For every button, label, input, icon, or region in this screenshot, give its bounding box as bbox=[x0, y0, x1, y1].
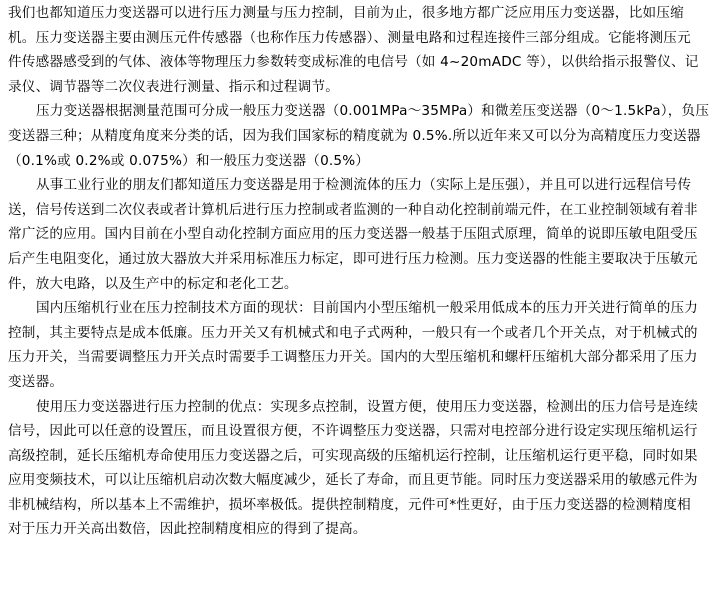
text-line: 压力变送器根据测量范围可分成一般压力变送器（0.001MPa～35MPa）和微差… bbox=[8, 99, 708, 124]
article-body: 我们也都知道压力变送器可以进行压力测量与压力控制，目前为止，很多地方都广泛应用压… bbox=[8, 1, 708, 542]
text-line: 非机械结构，所以基本上不需维护，损坏率极低。提供控制精度，元件可*性更好，由于压… bbox=[8, 493, 708, 518]
text-line: （0.1%或 0.2%或 0.075%）和一般压力变送器（0.5%） bbox=[8, 149, 708, 174]
paragraph-advantages: 使用压力变送器进行压力控制的优点：实现多点控制，设置方便，使用压力变送器，检测出… bbox=[8, 395, 708, 543]
paragraph-industry-status: 国内压缩机行业在压力控制技术方面的现状：目前国内小型压缩机一般采用低成本的压力开… bbox=[8, 296, 708, 394]
text-line: 对于压力开关高出数倍，因此控制精度相应的得到了提高。 bbox=[8, 517, 708, 542]
text-line: 变送器三种；从精度角度来分类的话，因为我们国家标的精度就为 0.5%.所以近年来… bbox=[8, 124, 708, 149]
text-line: 我们也都知道压力变送器可以进行压力测量与压力控制，目前为止，很多地方都广泛应用压… bbox=[8, 1, 708, 26]
text-line: 应用变频技术，可以让压缩机启动次数大幅度减少，延长了寿命，而且更节能。同时压力变… bbox=[8, 468, 708, 493]
text-line: 录仪、调节器等二次仪表进行测量、指示和过程调节。 bbox=[8, 75, 708, 100]
text-line: 件，放大电路，以及生产中的标定和老化工艺。 bbox=[8, 272, 708, 297]
paragraph-principle: 从事工业行业的朋友们都知道压力变送器是用于检测流体的压力（实际上是压强），并且可… bbox=[8, 173, 708, 296]
text-line: 常广泛的应用。国内目前在小型自动化控制方面应用的压力变送器一般基于压阻式原理，简… bbox=[8, 222, 708, 247]
text-line: 使用压力变送器进行压力控制的优点：实现多点控制，设置方便，使用压力变送器，检测出… bbox=[8, 395, 708, 420]
text-line: 控制，其主要特点是成本低廉。压力开关又有机械式和电子式两种，一般只有一个或者几个… bbox=[8, 321, 708, 346]
text-line: 件传感器感受到的气体、液体等物理压力参数转变成标准的电信号（如 4~20mADC… bbox=[8, 50, 708, 75]
text-line: 从事工业行业的朋友们都知道压力变送器是用于检测流体的压力（实际上是压强），并且可… bbox=[8, 173, 708, 198]
text-line: 送，信号传送到二次仪表或者计算机后进行压力控制或者监测的一种自动化控制前端元件，… bbox=[8, 198, 708, 223]
text-line: 压力开关，当需要调整压力开关点时需要手工调整压力开关。国内的大型压缩机和螺杆压缩… bbox=[8, 345, 708, 370]
text-line: 变送器。 bbox=[8, 370, 708, 395]
text-line: 高级控制，延长压缩机寿命使用压力变送器之后，可实现高级的压缩机运行控制，让压缩机… bbox=[8, 444, 708, 469]
paragraph-intro: 我们也都知道压力变送器可以进行压力测量与压力控制，目前为止，很多地方都广泛应用压… bbox=[8, 1, 708, 99]
text-line: 国内压缩机行业在压力控制技术方面的现状：目前国内小型压缩机一般采用低成本的压力开… bbox=[8, 296, 708, 321]
text-line: 信号，因此可以任意的设置压，而且设置很方便，不许调整压力变送器，只需对电控部分进… bbox=[8, 419, 708, 444]
text-line: 后产生电阻变化，通过放大器放大并采用标准压力标定，即可进行压力检测。压力变送器的… bbox=[8, 247, 708, 272]
paragraph-classification: 压力变送器根据测量范围可分成一般压力变送器（0.001MPa～35MPa）和微差… bbox=[8, 99, 708, 173]
text-line: 机。压力变送器主要由测压元件传感器（也称作压力传感器）、测量电路和过程连接件三部… bbox=[8, 26, 708, 51]
